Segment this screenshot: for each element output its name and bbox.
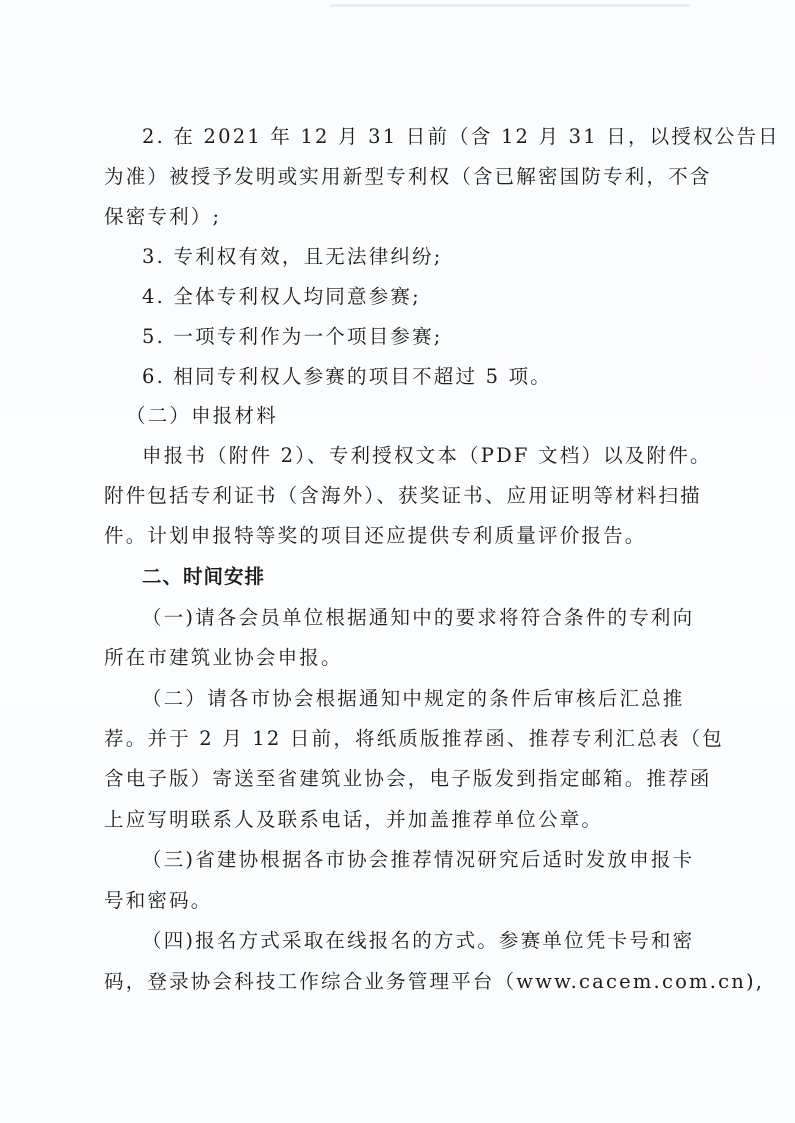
schedule-1-line-1: （一)请各会员单位根据通知中的要求将符合条件的专利向 [142,606,694,630]
criterion-2-line-2: 为准）被授予发明或实用新型专利权（含已解密国防专利，不含 [104,165,694,189]
criterion-5: 5. 一项专利作为一个项目参赛; [142,325,694,349]
schedule-2-line-1: （二）请各市协会根据通知中规定的条件后审核后汇总推 [142,687,694,711]
schedule-4-line-1: （四)报名方式采取在线报名的方式。参赛单位凭卡号和密 [142,929,694,953]
schedule-1-line-2: 所在市建筑业协会申报。 [104,646,694,670]
criterion-6: 6. 相同专利权人参赛的项目不超过 5 项。 [142,365,694,389]
criterion-2-line-3: 保密专利）; [104,205,694,229]
criterion-2-line-1: 2. 在 2021 年 12 月 31 日前（含 12 月 31 日，以授权公告… [142,125,694,149]
schedule-2-line-2: 荐。并于 2 月 12 日前，将纸质版推荐函、推荐专利汇总表（包 [104,727,694,751]
section-heading-schedule: 二、时间安排 [142,565,694,589]
schedule-4-line-2: 码，登录协会科技工作综合业务管理平台（www.cacem.com.cn), [104,970,694,994]
schedule-2-line-3: 含电子版）寄送至省建筑业协会，电子版发到指定邮箱。推荐函 [104,767,694,791]
materials-line-2: 附件包括专利证书（含海外）、获奖证书、应用证明等材料扫描 [104,484,694,508]
criterion-3: 3. 专利权有效，且无法律纠纷; [142,245,694,269]
document-page: 2. 在 2021 年 12 月 31 日前（含 12 月 31 日，以授权公告… [0,0,795,1123]
materials-line-3: 件。计划申报特等奖的项目还应提供专利质量评价报告。 [104,524,694,548]
schedule-3-line-2: 号和密码。 [104,889,694,913]
schedule-2-line-4: 上应写明联系人及联系电话，并加盖推荐单位公章。 [104,808,694,832]
materials-line-1: 申报书（附件 2）、专利授权文本（PDF 文档）以及附件。 [142,444,694,468]
schedule-3-line-1: （三)省建协根据各市协会推荐情况研究后适时发放申报卡 [142,848,694,872]
criterion-4: 4. 全体专利权人均同意参赛; [142,285,694,309]
scan-artifact [330,4,690,7]
subheading-materials: （二）申报材料 [126,404,716,428]
